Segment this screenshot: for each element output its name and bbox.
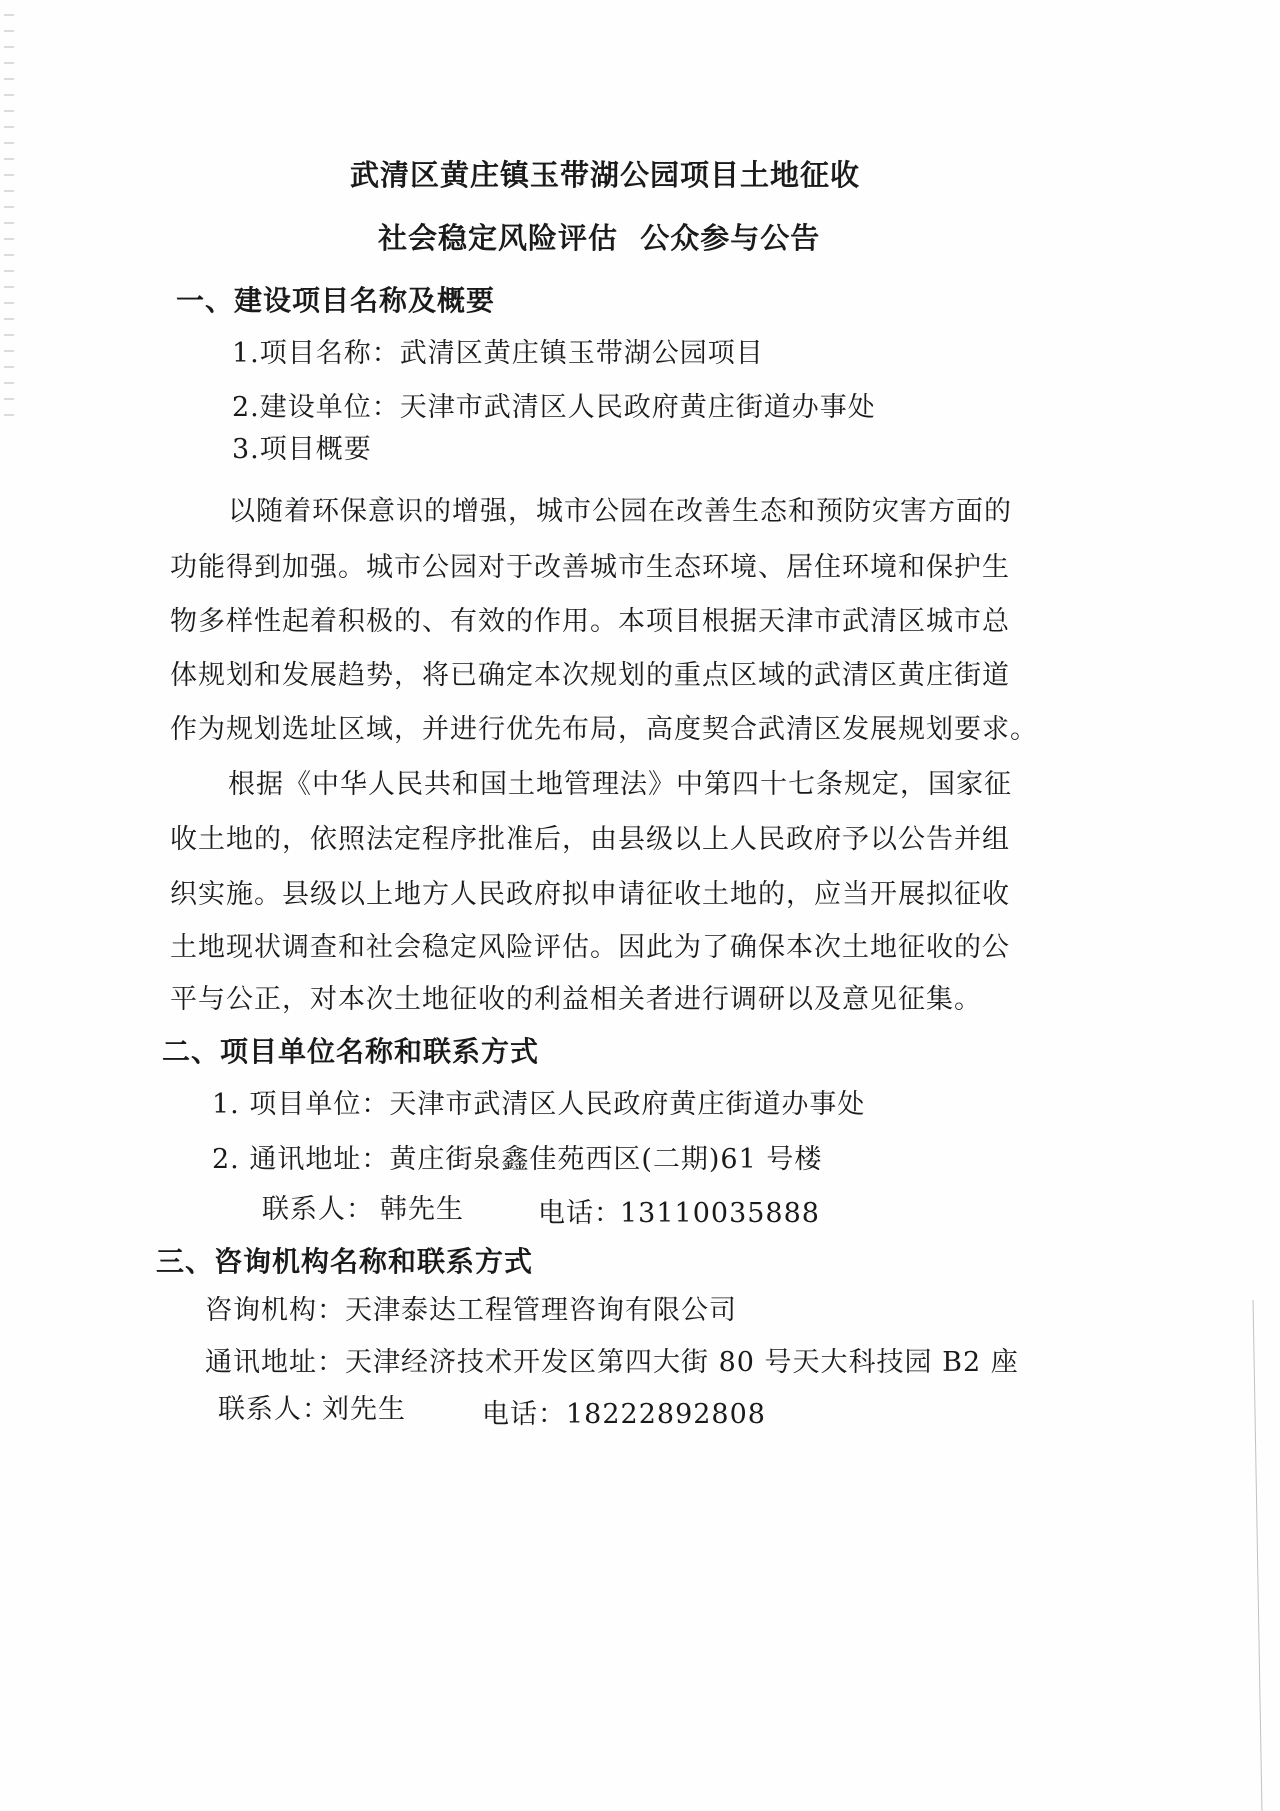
section-2-heading: 二、项目单位名称和联系方式	[162, 1034, 539, 1070]
section-3-phone-number: 18222892808	[566, 1397, 766, 1433]
paragraph-2-line-4: 土地现状调查和社会稳定风险评估。因此为了确保本次土地征收的公	[170, 930, 944, 966]
section-3-contact-label: 联系人：	[218, 1392, 330, 1428]
scan-artifact-right-line	[1253, 1300, 1263, 1811]
section-1-item-builder: 2.建设单位：天津市武清区人民政府黄庄街道办事处	[232, 390, 876, 426]
paragraph-2-line-2: 收土地的，依照法定程序批准后，由县级以上人民政府予以公告并组	[170, 822, 944, 858]
scanned-document-page: 武清区黄庄镇玉带湖公园项目土地征收 社会稳定风险评估 公众参与公告 一、建设项目…	[0, 0, 1280, 1811]
paragraph-1-line-4: 体规划和发展趋势，将已确定本次规划的重点区域的武清区黄庄街道	[170, 658, 944, 694]
paragraph-2-line-3: 织实施。县级以上地方人民政府拟申请征收土地的，应当开展拟征收	[170, 877, 944, 913]
paragraph-2-line-5: 平与公正，对本次土地征收的利益相关者进行调研以及意见征集。	[170, 982, 982, 1018]
section-2-contact-label: 联系人：	[262, 1192, 374, 1228]
section-3-item-consultant: 咨询机构：天津泰达工程管理咨询有限公司	[205, 1293, 737, 1329]
paragraph-2-line-1: 根据《中华人民共和国土地管理法》中第四十七条规定，国家征	[228, 767, 944, 803]
section-2-item-project-unit: 1. 项目单位：天津市武清区人民政府黄庄街道办事处	[212, 1087, 865, 1123]
section-3-contact-person: 刘先生	[322, 1392, 406, 1428]
paragraph-1-line-5: 作为规划选址区域，并进行优先布局，高度契合武清区发展规划要求。	[170, 712, 944, 748]
document-title-line-1: 武清区黄庄镇玉带湖公园项目土地征收	[350, 157, 860, 193]
section-1-item-project-name: 1.项目名称：武清区黄庄镇玉带湖公园项目	[232, 336, 764, 372]
section-2-phone-number: 13110035888	[620, 1196, 820, 1232]
section-2-contact-person: 韩先生	[380, 1192, 464, 1228]
scan-artifact-left-edge	[4, 0, 14, 420]
section-3-phone-label: 电话：	[482, 1397, 566, 1433]
section-3-item-address: 通讯地址：天津经济技术开发区第四大街 80 号天大科技园 B2 座	[205, 1345, 1019, 1381]
paragraph-1-line-2: 功能得到加强。城市公园对于改善城市生态环境、居住环境和保护生	[170, 550, 944, 586]
section-2-item-address: 2. 通讯地址：黄庄街泉鑫佳苑西区(二期)61 号楼	[212, 1142, 822, 1178]
section-1-heading: 一、建设项目名称及概要	[176, 283, 495, 319]
section-3-heading: 三、咨询机构名称和联系方式	[156, 1244, 533, 1280]
section-1-item-overview: 3.项目概要	[232, 432, 372, 468]
document-title-line-2: 社会稳定风险评估 公众参与公告	[378, 220, 820, 256]
paragraph-1-line-1: 以随着环保意识的增强，城市公园在改善生态和预防灾害方面的	[228, 494, 944, 530]
section-2-phone-label: 电话：	[538, 1196, 622, 1232]
paragraph-1-line-3: 物多样性起着积极的、有效的作用。本项目根据天津市武清区城市总	[170, 604, 944, 640]
